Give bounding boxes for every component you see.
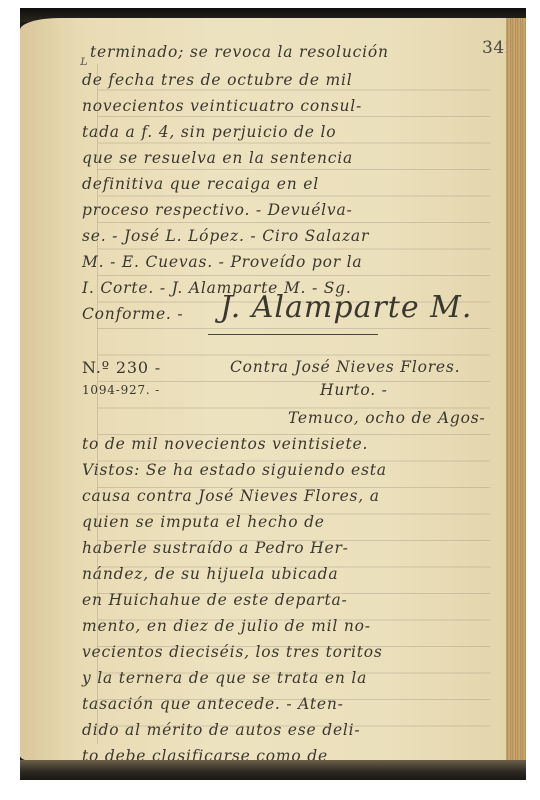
entry-subtitle: Hurto. -	[320, 381, 440, 399]
text-line: en Huichahue de este departa-	[82, 591, 492, 609]
text-line: Vistos: Se ha estado siguiendo esta	[82, 461, 492, 479]
text-line: vecientos dieciséis, los tres toritos	[82, 643, 492, 661]
text-line: quien se imputa el hecho de	[82, 513, 492, 531]
text-line: tada a f. 4, sin perjuicio de lo	[82, 123, 492, 141]
text-line: mento, en diez de julio de mil no-	[82, 617, 492, 635]
text-line: proceso respectivo. - Devuélva-	[82, 201, 492, 219]
text-line: novecientos veinticuatro consul-	[82, 97, 492, 115]
text-line: terminado; se revoca la resolución	[90, 43, 500, 61]
text-line: causa contra José Nieves Flores, a	[82, 487, 492, 505]
text-line: tasación que antecede. - Aten-	[82, 695, 492, 713]
page-stack-edge	[506, 18, 526, 766]
text-line: que se resuelva en la sentencia	[82, 149, 492, 167]
text-line: Temuco, ocho de Agos-	[288, 409, 488, 427]
document-photo: 342 ʟ terminado; se revoca la resolución…	[20, 8, 526, 780]
text-line: haberle sustraído a Pedro Her-	[82, 539, 492, 557]
text-line: M. - E. Cuevas. - Proveído por la	[82, 253, 492, 271]
book-binding-bottom	[20, 760, 526, 780]
signature: J. Alamparte M.	[220, 290, 472, 325]
text-line: se. - José L. López. - Ciro Salazar	[82, 227, 492, 245]
entry-reference: 1094-927. -	[82, 383, 202, 397]
text-line: dido al mérito de autos ese deli-	[82, 721, 492, 739]
text-line: Conforme. -	[82, 305, 182, 323]
text-line: nández, de su hijuela ubicada	[82, 565, 492, 583]
ledger-page: 342 ʟ terminado; se revoca la resolución…	[20, 18, 506, 766]
text-line: y la ternera de que se trata en la	[82, 669, 492, 687]
text-line: to de mil novecientos veintisiete.	[82, 435, 492, 453]
entry-title: Contra José Nieves Flores.	[230, 358, 490, 376]
entry-number: N.º 230 -	[82, 358, 202, 377]
signature-underline	[208, 334, 378, 335]
text-line: de fecha tres de octubre de mil	[82, 71, 492, 89]
margin-mark: ʟ	[80, 53, 88, 69]
text-line: definitiva que recaiga en el	[82, 175, 492, 193]
